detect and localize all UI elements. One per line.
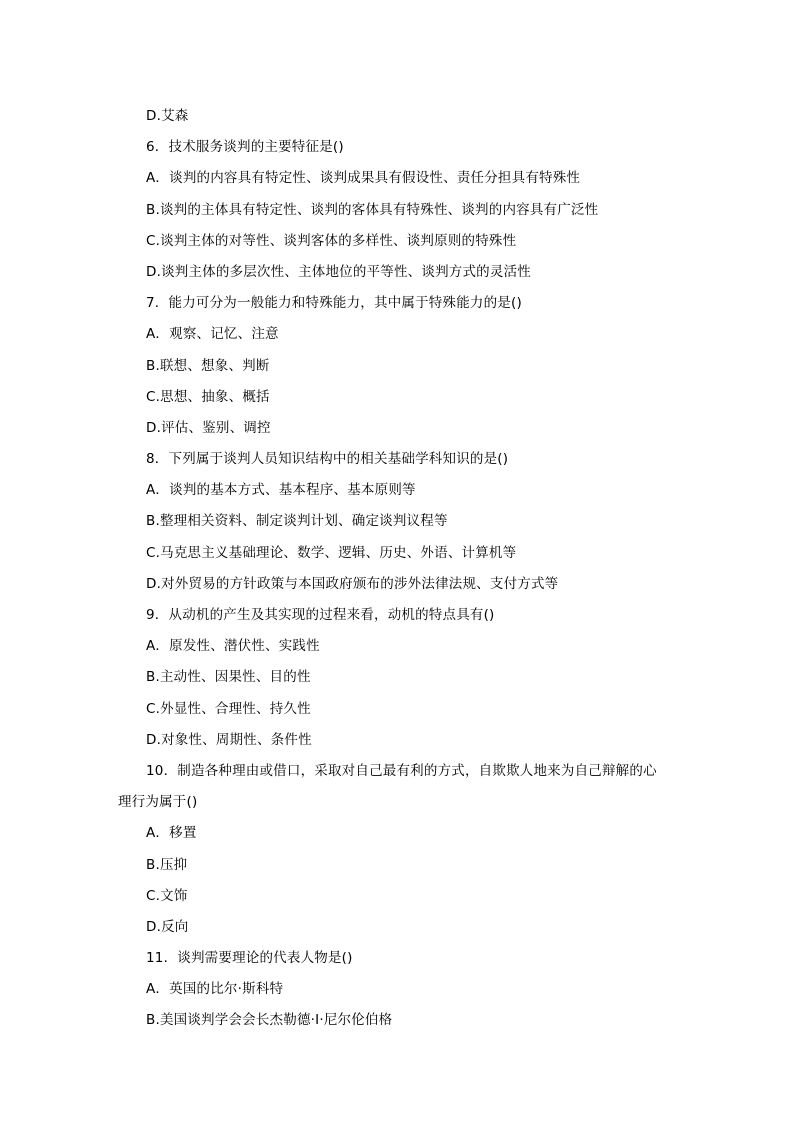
option-11-a: A．英国的比尔·斯科特 xyxy=(118,974,678,1005)
option-7-a: A．观察、记忆、注意 xyxy=(118,319,678,350)
option-9-d: D.对象性、周期性、条件性 xyxy=(118,725,678,756)
option-10-a: A．移置 xyxy=(118,818,678,849)
document-page: D.艾森 6．技术服务谈判的主要特征是() A．谈判的内容具有特定性、谈判成果具… xyxy=(0,0,794,1123)
option-7-b: B.联想、想象、判断 xyxy=(118,351,678,382)
option-10-b: B.压抑 xyxy=(118,850,678,881)
question-9: 9．从动机的产生及其实现的过程来看，动机的特点具有() xyxy=(118,600,678,631)
option-9-b: B.主动性、因果性、目的性 xyxy=(118,662,678,693)
question-6: 6．技术服务谈判的主要特征是() xyxy=(118,132,678,163)
question-8: 8．下列属于谈判人员知识结构中的相关基础学科知识的是() xyxy=(118,444,678,475)
option-10-d: D.反向 xyxy=(118,912,678,943)
option-8-d: D.对外贸易的方针政策与本国政府颁布的涉外法律法规、支付方式等 xyxy=(118,569,678,600)
option-8-a: A．谈判的基本方式、基本程序、基本原则等 xyxy=(118,475,678,506)
option-6-b: B.谈判的主体具有特定性、谈判的客体具有特殊性、谈判的内容具有广泛性 xyxy=(118,195,678,226)
option-6-a: A．谈判的内容具有特定性、谈判成果具有假设性、责任分担具有特殊性 xyxy=(118,163,678,194)
option-8-b: B.整理相关资料、制定谈判计划、确定谈判议程等 xyxy=(118,506,678,537)
option-9-a: A．原发性、潜伏性、实践性 xyxy=(118,631,678,662)
option-5-d: D.艾森 xyxy=(118,101,678,132)
option-6-c: C.谈判主体的对等性、谈判客体的多样性、谈判原则的特殊性 xyxy=(118,226,678,257)
option-9-c: C.外显性、合理性、持久性 xyxy=(118,694,678,725)
question-10: 10．制造各种理由或借口，采取对自己最有利的方式，自欺欺人地来为自己辩解的心 xyxy=(118,756,678,787)
option-11-b: B.美国谈判学会会长杰勒德·I·尼尔伦伯格 xyxy=(118,1005,678,1036)
question-7: 7．能力可分为一般能力和特殊能力，其中属于特殊能力的是() xyxy=(118,288,678,319)
question-11: 11．谈判需要理论的代表人物是() xyxy=(118,943,678,974)
document-body: D.艾森 6．技术服务谈判的主要特征是() A．谈判的内容具有特定性、谈判成果具… xyxy=(118,101,678,1037)
option-10-c: C.文饰 xyxy=(118,881,678,912)
option-8-c: C.马克思主义基础理论、数学、逻辑、历史、外语、计算机等 xyxy=(118,538,678,569)
option-7-c: C.思想、抽象、概括 xyxy=(118,382,678,413)
question-10-continuation: 理行为属于() xyxy=(118,787,678,818)
option-7-d: D.评估、鉴别、调控 xyxy=(118,413,678,444)
option-6-d: D.谈判主体的多层次性、主体地位的平等性、谈判方式的灵活性 xyxy=(118,257,678,288)
